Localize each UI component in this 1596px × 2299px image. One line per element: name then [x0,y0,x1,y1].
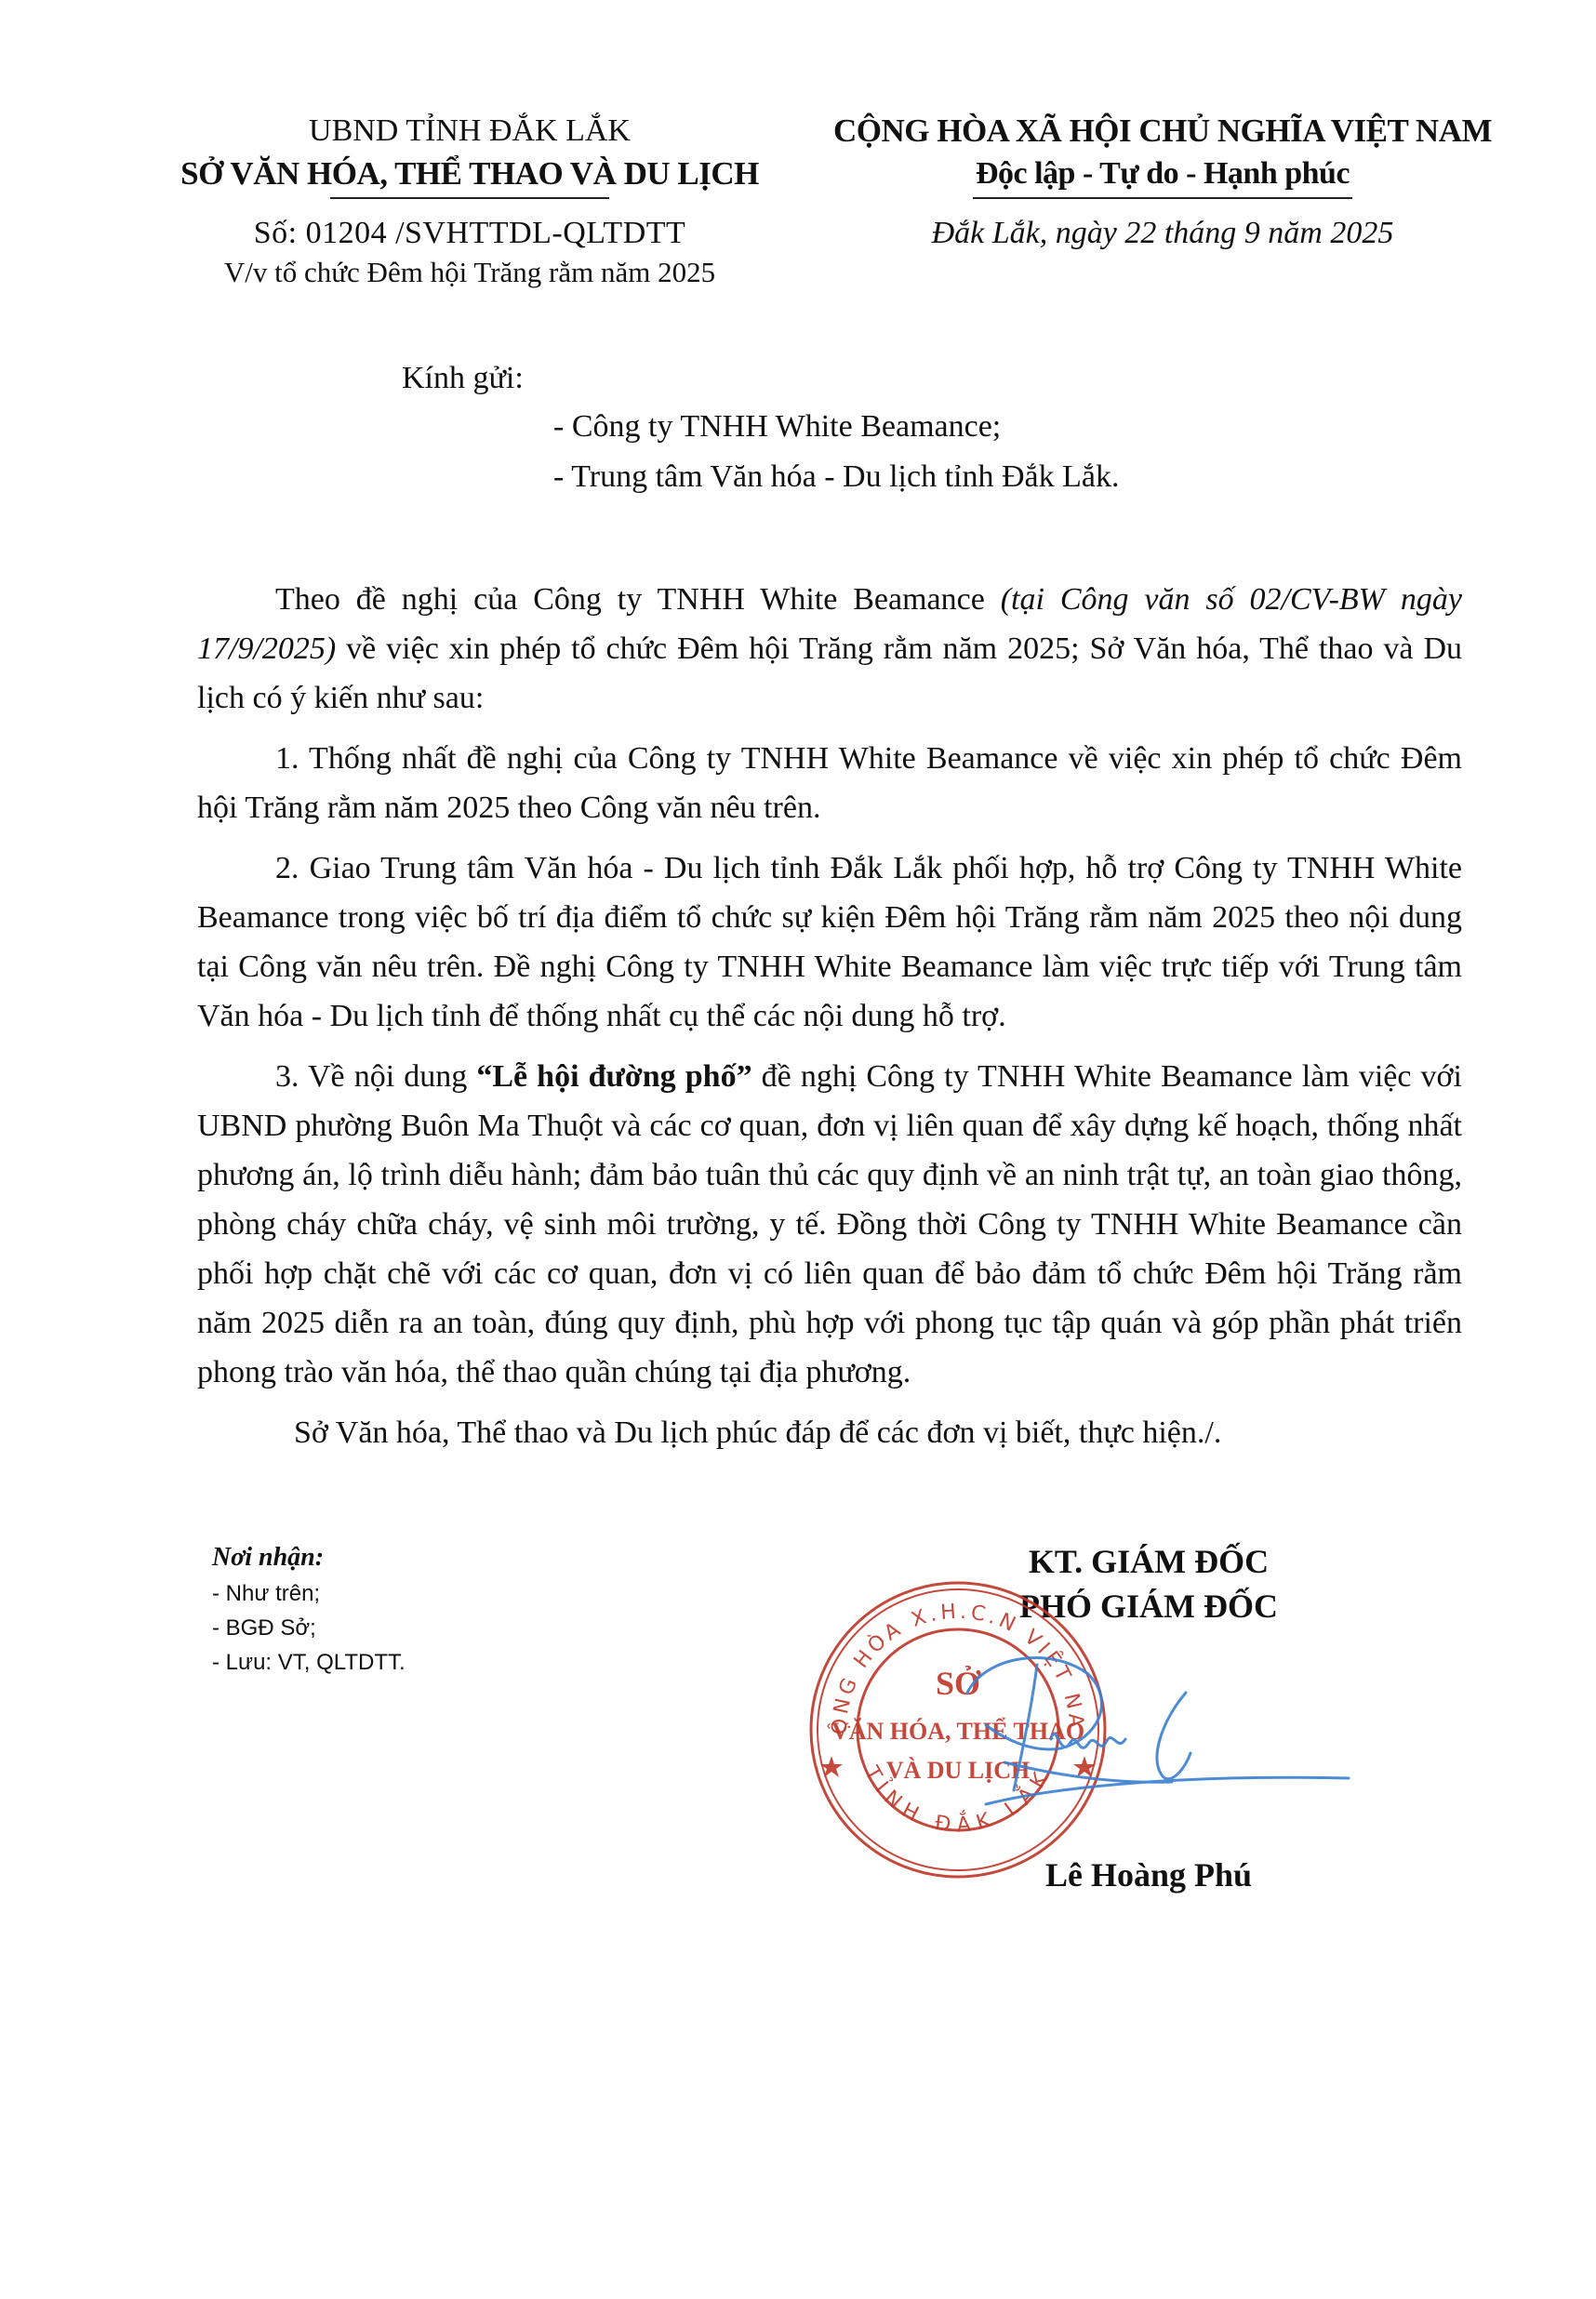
national-heading-block: CỘNG HÒA XÃ HỘI CHỦ NGHĨA VIỆT NAM Độc l… [800,110,1525,255]
motto-underline [973,197,1352,199]
addressee-item: - Trung tâm Văn hóa - Du lịch tỉnh Đắk L… [553,459,1119,495]
street-festival-term: “Lễ hội đường phố” [476,1059,751,1094]
recipient-item: - Lưu: VT, QLTDTT. [212,1645,406,1680]
item-1-paragraph: 1. Thống nhất đề nghị của Công ty TNHH W… [197,734,1462,832]
document-number: Số: 01204 /SVHTTDL-QLTDTT [149,212,791,255]
recipient-item: - Như trên; [212,1576,406,1611]
addressee-label: Kính gửi: [402,361,524,396]
parent-agency: UBND TỈNH ĐẮK LẮK [149,110,791,153]
place-date: Đắk Lắk, ngày 22 tháng 9 năm 2025 [800,212,1525,255]
document-subject: V/v tổ chức Đêm hội Trăng rằm năm 2025 [149,255,791,290]
item-3-paragraph: 3. Về nội dung “Lễ hội đường phố” đề ngh… [197,1052,1462,1397]
intro-paragraph: Theo đề nghị của Công ty TNHH White Beam… [197,575,1462,723]
closing-paragraph: Sở Văn hóa, Thể thao và Du lịch phúc đáp… [197,1408,1462,1457]
national-motto: Độc lập - Tự do - Hạnh phúc [800,153,1525,195]
recipients-block: Nơi nhận: - Như trên; - BGĐ Sở; - Lưu: V… [212,1539,406,1680]
agency-name: SỞ VĂN HÓA, THỂ THAO VÀ DU LỊCH [149,153,791,195]
addressee-item: - Công ty TNHH White Beamance; [553,409,1001,445]
issuing-agency-block: UBND TỈNH ĐẮK LẮK SỞ VĂN HÓA, THỂ THAO V… [149,110,791,290]
signer-name: Lê Hoàng Phú [949,1855,1349,1894]
national-title: CỘNG HÒA XÃ HỘI CHỦ NGHĨA VIỆT NAM [800,110,1525,153]
recipient-item: - BGĐ Sở; [212,1611,406,1645]
item-2-paragraph: 2. Giao Trung tâm Văn hóa - Du lịch tỉnh… [197,844,1462,1041]
letter-body: Theo đề nghị của Công ty TNHH White Beam… [197,575,1462,1468]
recipients-title: Nơi nhận: [212,1539,406,1576]
handwritten-signature-icon [949,1637,1358,1823]
agency-underline [330,197,609,199]
